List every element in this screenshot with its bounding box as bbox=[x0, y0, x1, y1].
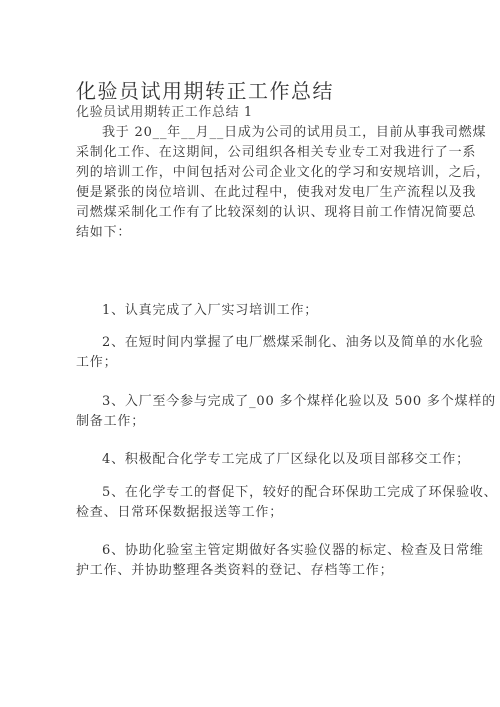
paragraph-line: 列的培训工作，中间包括对公司企业文化的学习和安规培训，之后， bbox=[76, 163, 428, 183]
paragraph-line: 6、协助化验室主管定期做好各实验仪器的标定、检查及日常维 bbox=[76, 541, 428, 561]
paragraph-line: 5、在化学专工的督促下，较好的配合环保助工完成了环保验收、 bbox=[76, 483, 428, 503]
paragraph-line: 司燃煤采制化工作有了比较深刻的认识、现将目前工作情况简要总 bbox=[76, 203, 428, 223]
list-item-1: 1、认真完成了入厂实习培训工作； bbox=[76, 301, 428, 321]
paragraph-line: 工作； bbox=[76, 353, 428, 373]
intro-paragraph: 我于 20__年__月__日成为公司的试用员工，目前从事我司燃煤 采制化工作、在… bbox=[76, 123, 428, 243]
paragraph-line: 采制化工作、在这期间，公司组织各相关专业专工对我进行了一系 bbox=[76, 143, 428, 163]
paragraph-line: 制备工作； bbox=[76, 412, 428, 432]
list-item-3: 3、入厂至今参与完成了_00 多个煤样化验以及 500 多个煤样的 制备工作； bbox=[76, 392, 428, 432]
paragraph-line: 结如下： bbox=[76, 223, 428, 243]
paragraph-line: 1、认真完成了入厂实习培训工作； bbox=[76, 301, 428, 321]
paragraph-line: 便是紧张的岗位培训、在此过程中，使我对发电厂生产流程以及我 bbox=[76, 183, 428, 203]
list-item-5: 5、在化学专工的督促下，较好的配合环保助工完成了环保验收、 检查、日常环保数据报… bbox=[76, 483, 428, 523]
paragraph-line: 我于 20__年__月__日成为公司的试用员工，目前从事我司燃煤 bbox=[76, 123, 428, 143]
paragraph-line: 护工作、并协助整理各类资料的登记、存档等工作； bbox=[76, 561, 428, 581]
document-page: 化验员试用期转正工作总结 化验员试用期转正工作总结 1 我于 20__年__月_… bbox=[0, 0, 500, 707]
list-item-2: 2、在短时间内掌握了电厂燃煤采制化、油务以及简单的水化验 工作； bbox=[76, 333, 428, 373]
list-item-6: 6、协助化验室主管定期做好各实验仪器的标定、检查及日常维 护工作、并协助整理各类… bbox=[76, 541, 428, 581]
list-item-4: 4、积极配合化学专工完成了厂区绿化以及项目部移交工作； bbox=[76, 450, 428, 470]
paragraph-line: 4、积极配合化学专工完成了厂区绿化以及项目部移交工作； bbox=[76, 450, 428, 470]
document-subtitle: 化验员试用期转正工作总结 1 bbox=[76, 101, 253, 120]
paragraph-line: 检查、日常环保数据报送等工作； bbox=[76, 503, 428, 523]
paragraph-line: 3、入厂至今参与完成了_00 多个煤样化验以及 500 多个煤样的 bbox=[76, 392, 428, 412]
paragraph-line: 2、在短时间内掌握了电厂燃煤采制化、油务以及简单的水化验 bbox=[76, 333, 428, 353]
